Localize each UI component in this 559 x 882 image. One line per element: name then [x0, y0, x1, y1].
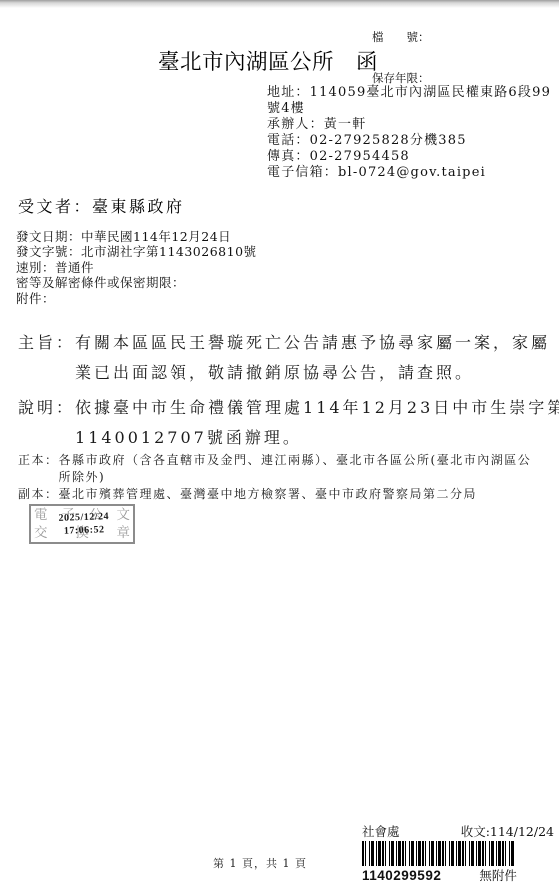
document-meta-block: 發文日期：中華民國114年12月24日 發文字號：北市湖社字第114302681… [16, 229, 257, 306]
file-number-label: 檔 號： [372, 31, 430, 45]
sender-phone: 電話：02-27925828分機385 [267, 133, 551, 149]
issue-number-line: 發文字號：北市湖社字第1143026810號 [16, 244, 257, 259]
subject-text: 有關本區區民王譽璇死亡公告請惠予協尋家屬一案，家屬業已出面認領，敬請撤銷原協尋公… [75, 328, 559, 388]
sender-contact-person: 承辦人：黃一軒 [267, 117, 551, 133]
receipt-barcode [362, 841, 516, 866]
original-copy-text: 各縣市政府（含各直轄市及金門、連江兩縣）、臺北市各區公所(臺北市內湖區公所除外) [59, 452, 535, 486]
electronic-exchange-stamp: 電 子 公 文 交 換 章 2025/12/24 17:06:52 [29, 504, 135, 544]
security-line: 密等及解密條件或保密期限： [16, 275, 257, 290]
original-copy-row: 正本： 各縣市政府（含各直轄市及金門、連江兩縣）、臺北市各區公所(臺北市內湖區公… [18, 452, 535, 486]
attachment-line: 附件： [16, 291, 257, 306]
subject-label: 主旨： [18, 328, 75, 358]
retention-period-label: 保存年限： [372, 72, 430, 86]
original-copy-label: 正本： [18, 452, 59, 469]
document-title: 臺北市內湖區公所 函 [158, 45, 378, 76]
stamp-datetime: 2025/12/24 17:06:52 [37, 509, 132, 538]
page-top-shadow [0, 0, 559, 8]
description-label: 說明： [18, 393, 75, 423]
receipt-footer-row: 1140299592 無附件 [362, 868, 554, 882]
receipt-header-row: 社會處 收文:114/12/24 [362, 824, 554, 839]
received-date: 收文:114/12/24 [461, 824, 554, 839]
distribution-block: 正本： 各縣市政府（含各直轄市及金門、連江兩縣）、臺北市各區公所(臺北市內湖區公… [18, 452, 535, 503]
subject-section: 主旨： 有關本區區民王譽璇死亡公告請惠予協尋家屬一案，家屬業已出面認領，敬請撤銷… [18, 328, 559, 388]
sender-fax: 傳真：02-27954458 [267, 149, 551, 165]
sender-email: 電子信箱：bl-0724@gov.taipei [267, 165, 551, 181]
sender-address-line2: 號4樓 [267, 101, 551, 117]
recipient-line: 受文者：臺東縣政府 [18, 194, 185, 217]
description-section: 說明： 依據臺中市生命禮儀管理處114年12月23日中市生崇字第11400127… [18, 393, 559, 453]
page-number-footer: 第 1 頁，共 1 頁 [200, 855, 320, 871]
description-text: 依據臺中市生命禮儀管理處114年12月23日中市生崇字第1140012707號函… [75, 393, 559, 453]
carbon-copy-row: 副本： 臺北市殯葬管理處、臺灣臺中地方檢察署、臺中市政府警察局第二分局 [18, 486, 535, 503]
sender-address-line1: 地址：114059臺北市內湖區民權東路6段99 [267, 85, 551, 101]
priority-line: 速別：普通件 [16, 260, 257, 275]
receiving-office: 社會處 [362, 824, 400, 839]
receipt-stamp-block: 社會處 收文:114/12/24 1140299592 無附件 [362, 824, 554, 882]
receipt-document-number: 1140299592 [362, 868, 441, 882]
issue-date-line: 發文日期：中華民國114年12月24日 [16, 229, 257, 244]
official-letter-page: 檔 號： 保存年限： 臺北市內湖區公所 函 地址：114059臺北市內湖區民權東… [0, 0, 559, 882]
receipt-attachment-note: 無附件 [479, 868, 517, 882]
sender-info-block: 地址：114059臺北市內湖區民權東路6段99 號4樓 承辦人：黃一軒 電話：0… [267, 85, 551, 181]
carbon-copy-text: 臺北市殯葬管理處、臺灣臺中地方檢察署、臺中市政府警察局第二分局 [59, 486, 535, 503]
carbon-copy-label: 副本： [18, 486, 59, 503]
